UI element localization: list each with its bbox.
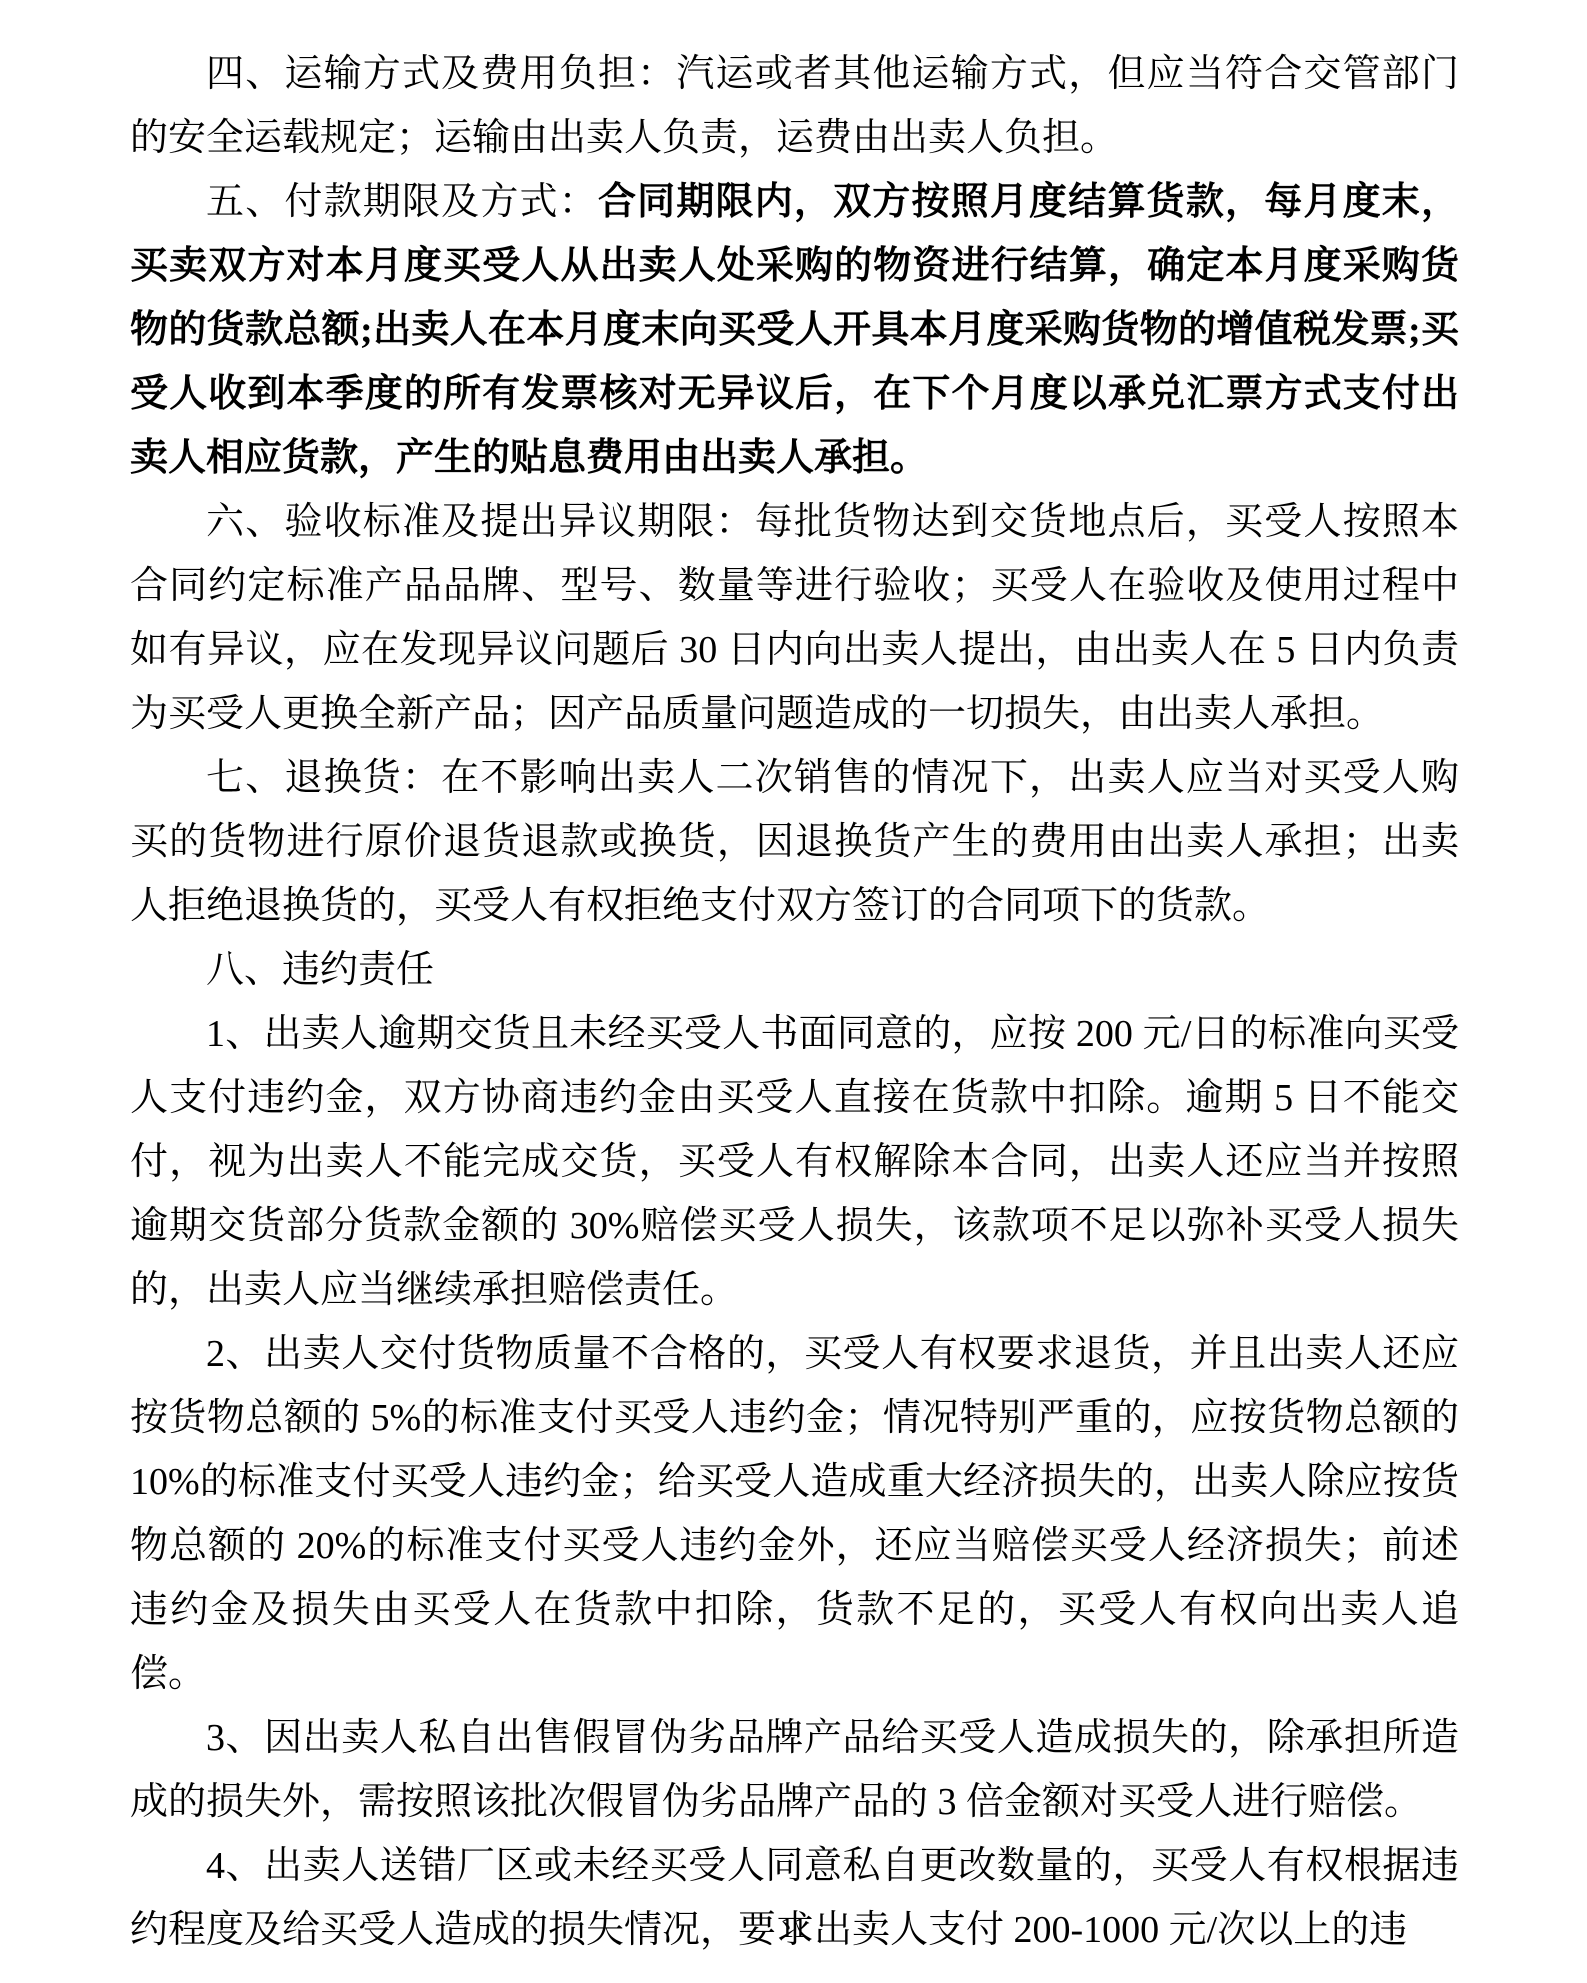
text-run: 四、运输方式及费用负担：汽运或者其他运输方式，但应当符合交管部门的安全运载规定；… [130,53,1459,159]
clause-5-payment: 五、付款期限及方式：合同期限内，双方按照月度结算货款，每月度末，买卖双方对本月度… [130,170,1459,490]
text-run: 合同期限内，双方按照月度结算货款，每月度末，买卖双方对本月度买受人从出卖人处采购… [130,181,1459,479]
clause-6-acceptance: 六、验收标准及提出异议期限：每批货物达到交货地点后，买受人按照本合同约定标准产品… [130,490,1459,746]
breach-item-2: 2、出卖人交付货物质量不合格的，买受人有权要求退货，并且出卖人还应按货物总额的 … [130,1322,1459,1706]
text-run: 3、因出卖人私自出售假冒伪劣品牌产品给买受人造成损失的，除承担所造成的损失外，需… [130,1717,1459,1823]
text-run: 2、出卖人交付货物质量不合格的，买受人有权要求退货，并且出卖人还应按货物总额的 … [130,1333,1459,1695]
clause-7-returns: 七、退换货：在不影响出卖人二次销售的情况下，出卖人应当对买受人购买的货物进行原价… [130,746,1459,938]
breach-item-3: 3、因出卖人私自出售假冒伪劣品牌产品给买受人造成损失的，除承担所造成的损失外，需… [130,1706,1459,1834]
breach-item-1: 1、出卖人逾期交货且未经买受人书面同意的，应按 200 元/日的标准向买受人支付… [130,1002,1459,1322]
document-body: 四、运输方式及费用负担：汽运或者其他运输方式，但应当符合交管部门的安全运载规定；… [130,42,1459,1962]
page-number: 11 [0,1913,1587,1945]
clause-4-transport: 四、运输方式及费用负担：汽运或者其他运输方式，但应当符合交管部门的安全运载规定；… [130,42,1459,170]
contract-document-page: 四、运输方式及费用负担：汽运或者其他运输方式，但应当符合交管部门的安全运载规定；… [0,0,1587,1983]
text-run: 八、违约责任 [206,949,434,991]
text-run: 六、验收标准及提出异议期限：每批货物达到交货地点后，买受人按照本合同约定标准产品… [130,501,1459,735]
text-run: 五、付款期限及方式： [206,181,598,223]
text-run: 1、出卖人逾期交货且未经买受人书面同意的，应按 200 元/日的标准向买受人支付… [130,1013,1459,1311]
text-run: 七、退换货：在不影响出卖人二次销售的情况下，出卖人应当对买受人购买的货物进行原价… [130,757,1459,927]
clause-8-breach-heading: 八、违约责任 [130,938,1459,1002]
